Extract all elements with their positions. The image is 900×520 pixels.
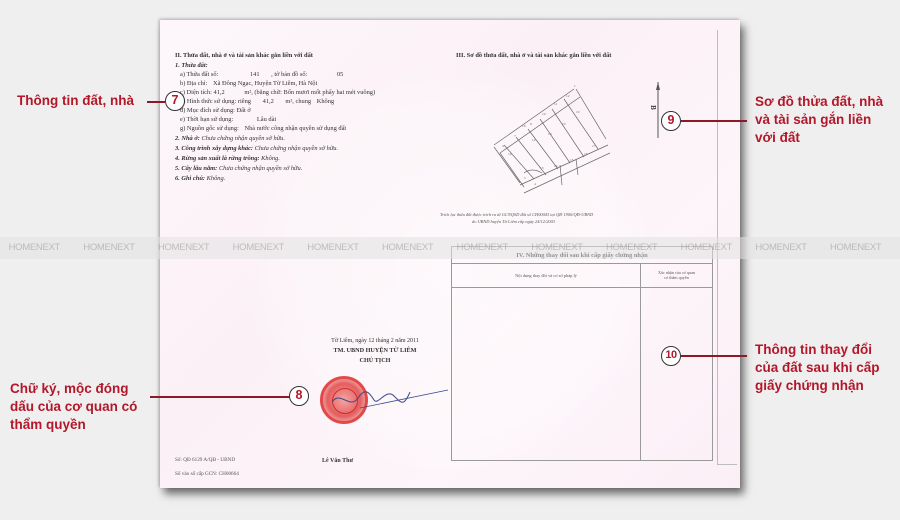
parcel-map-diagram: 11211 10818 7410 121010 101314 151617 54 bbox=[480, 75, 610, 195]
watermark-logo: HOMENEXT bbox=[601, 237, 662, 259]
svg-text:17: 17 bbox=[592, 144, 596, 148]
item-house: 2. Nhà ở: Chưa chứng nhận quyền sở hữu. bbox=[175, 136, 285, 142]
callout-8-marker: 8 bbox=[289, 386, 309, 406]
callout-10-label: Thông tin thay đổi của đất sau khi cấp g… bbox=[755, 341, 891, 395]
callout-8-leader bbox=[150, 396, 290, 398]
north-label: B bbox=[649, 105, 656, 110]
watermark-band: HOMENEXT HOMENEXT HOMENEXT HOMENEXT HOME… bbox=[0, 237, 900, 259]
svg-text:12: 12 bbox=[532, 138, 536, 142]
callout-10-leader bbox=[681, 355, 747, 357]
changes-table-header: Nội dung thay đổi và cơ sở pháp lý Xác n… bbox=[452, 264, 712, 288]
callout-10-marker: 10 bbox=[661, 346, 681, 366]
watermark-logo: HOMENEXT bbox=[79, 237, 140, 259]
section-2-title: II. Thửa đất, nhà ở và tài sản khác gắn … bbox=[175, 53, 313, 59]
svg-text:7: 7 bbox=[514, 134, 516, 138]
callout-7-leader bbox=[147, 101, 165, 103]
svg-text:10: 10 bbox=[548, 132, 552, 136]
svg-text:16: 16 bbox=[584, 152, 588, 156]
watermark-logo: HOMENEXT bbox=[303, 237, 364, 259]
svg-text:12: 12 bbox=[566, 94, 570, 98]
item-other-construction: 3. Công trình xây dựng khác: Chưa chứng … bbox=[175, 146, 338, 152]
signer-title: CHỦ TỊCH bbox=[300, 357, 450, 364]
svg-text:10: 10 bbox=[508, 152, 512, 156]
svg-text:10: 10 bbox=[576, 110, 580, 114]
registration-number: Số: QĐ 6129 A/QĐ - UBND bbox=[175, 458, 235, 463]
land-item-origin: g) Nguồn gốc sử dụng: Nhà nước công nhận… bbox=[180, 126, 346, 132]
watermark-logo: HOMENEXT bbox=[825, 237, 886, 259]
svg-text:18: 18 bbox=[522, 124, 526, 128]
land-item-parcel-no: a) Thửa đất số: 141 , tờ bản đồ số: 05 bbox=[180, 72, 343, 78]
svg-text:1: 1 bbox=[574, 84, 576, 88]
callout-9-marker: 9 bbox=[661, 111, 681, 131]
watermark-logo: HOMENEXT bbox=[751, 237, 812, 259]
callout-8-label: Chữ ký, mộc đóng dấu của cơ quan có thẩm… bbox=[10, 380, 150, 434]
certificate-book-number: Sổ vào sổ cấp GCN: CH00664 bbox=[175, 472, 239, 477]
callout-9-leader bbox=[681, 120, 747, 122]
svg-text:13: 13 bbox=[540, 166, 544, 170]
land-item-usage-form: d) Hình thức sử dụng: riêng 41,2 m², chu… bbox=[180, 99, 334, 105]
callout-7-marker: 7 bbox=[165, 91, 185, 111]
watermark-logo: HOMENEXT bbox=[228, 237, 289, 259]
watermark-logo: HOMENEXT bbox=[4, 237, 65, 259]
col-authority-confirmation: Xác nhận của cơ quan có thẩm quyền bbox=[640, 264, 713, 288]
column-divider bbox=[640, 264, 641, 460]
col-change-content: Nội dung thay đổi và cơ sở pháp lý bbox=[452, 264, 640, 288]
land-item-area: c) Diện tích: 41,2 m², (bằng chữ: Bốn mư… bbox=[180, 90, 375, 96]
land-heading: 1. Thửa đất: bbox=[175, 63, 208, 69]
watermark-logo: HOMENEXT bbox=[153, 237, 214, 259]
svg-text:8: 8 bbox=[530, 122, 532, 126]
section-3-title: III. Sơ đồ thửa đất, nhà ở và tài sản kh… bbox=[456, 53, 611, 59]
signer-name: Lê Văn Thư bbox=[322, 458, 353, 464]
page-edge-rule-bottom bbox=[717, 464, 737, 465]
item-perennial-trees: 5. Cây lâu năm: Chưa chứng nhận quyền sở… bbox=[175, 166, 302, 172]
svg-text:10: 10 bbox=[542, 112, 546, 116]
land-item-address: b) Địa chỉ: Xã Đông Ngạc, Huyện Từ Liêm,… bbox=[180, 81, 317, 87]
svg-text:4: 4 bbox=[502, 144, 504, 148]
watermark-logo: HOMENEXT bbox=[527, 237, 588, 259]
svg-text:11: 11 bbox=[554, 102, 558, 106]
svg-text:5: 5 bbox=[524, 176, 526, 180]
land-item-term: e) Thời hạn sử dụng: Lâu dài bbox=[180, 117, 276, 123]
callout-9-label: Sơ đồ thửa đất, nhà và tài sản gắn liền … bbox=[755, 93, 891, 147]
item-notes: 6. Ghi chú: Không. bbox=[175, 176, 225, 182]
issue-date: Từ Liêm, ngày 12 tháng 2 năm 2011 bbox=[300, 338, 450, 344]
svg-text:14: 14 bbox=[554, 164, 558, 168]
item-production-forest: 4. Rừng sản xuất là rừng trồng: Không. bbox=[175, 156, 280, 162]
signature-block: Từ Liêm, ngày 12 tháng 2 năm 2011 TM. UB… bbox=[300, 338, 450, 364]
issuing-authority: TM. UBND HUYỆN TỪ LIÊM bbox=[300, 347, 450, 354]
watermark-logo: HOMENEXT bbox=[452, 237, 513, 259]
callout-7-label: Thông tin đất, nhà bbox=[17, 92, 134, 110]
svg-text:4: 4 bbox=[534, 182, 536, 186]
watermark-logo: HOMENEXT bbox=[377, 237, 438, 259]
land-item-purpose: đ) Mục đích sử dụng: Đất ở bbox=[180, 108, 251, 114]
map-note-line1: Trích lục thửa đất được trích ra từ GCNQ… bbox=[440, 213, 593, 217]
svg-text:10: 10 bbox=[562, 122, 566, 126]
handwritten-signature bbox=[330, 380, 450, 420]
watermark-logo: HOMENEXT bbox=[676, 237, 737, 259]
map-note-line2: do UBND huyện Từ Liêm cấp ngày 24/12/200… bbox=[472, 220, 555, 224]
svg-text:15: 15 bbox=[570, 158, 574, 162]
